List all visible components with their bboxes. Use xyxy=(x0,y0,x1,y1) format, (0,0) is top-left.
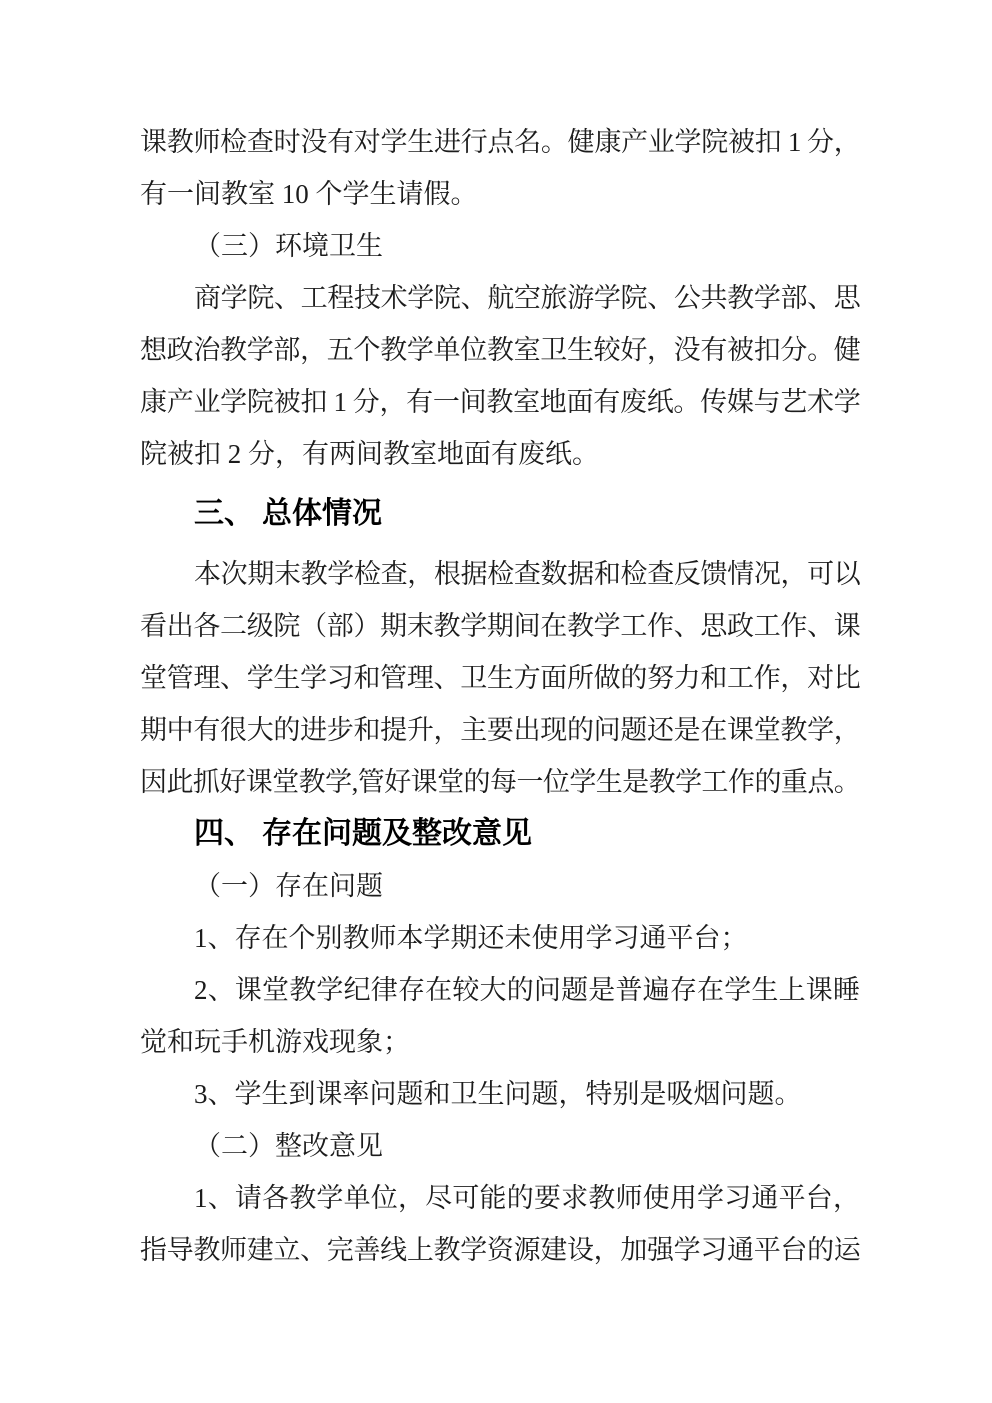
section-number: 三、 xyxy=(194,497,254,530)
paragraph: 商学院、工程技术学院、航空旅游学院、公共教学部、思 想政治教学部，五个教学单位教… xyxy=(140,272,860,480)
text-line: 2、课堂教学纪律存在较大的问题是普遍存在学生上课睡 xyxy=(140,964,860,1016)
text-line: 院被扣 2 分，有两间教室地面有废纸。 xyxy=(140,428,860,480)
text-line: 1、存在个别教师本学期还未使用学习通平台； xyxy=(140,912,860,964)
text-line: 康产业学院被扣 1 分，有一间教室地面有废纸。传媒与艺术学 xyxy=(140,376,860,428)
paragraph: 课教师检查时没有对学生进行点名。健康产业学院被扣 1 分， 有一间教室 10 个… xyxy=(140,116,860,220)
section-heading: 四、存在问题及整改意见 xyxy=(140,808,860,860)
list-item: 1、存在个别教师本学期还未使用学习通平台； xyxy=(140,912,860,964)
text-line: 看出各二级院（部）期末教学期间在教学工作、思政工作、课 xyxy=(140,600,860,652)
text-line: 堂管理、学生学习和管理、卫生方面所做的努力和工作，对比 xyxy=(140,652,860,704)
section-heading: 三、总体情况 xyxy=(140,488,860,540)
text-line: 3、学生到课率问题和卫生问题，特别是吸烟问题。 xyxy=(140,1068,860,1120)
text-line: 1、请各教学单位，尽可能的要求教师使用学习通平台， xyxy=(140,1172,860,1224)
text-line: 想政治教学部，五个教学单位教室卫生较好，没有被扣分。健 xyxy=(140,324,860,376)
section-title: 总体情况 xyxy=(262,497,382,530)
subsection-heading: （二）整改意见 xyxy=(140,1120,860,1172)
section-number: 四、 xyxy=(194,817,254,850)
list-item: 2、课堂教学纪律存在较大的问题是普遍存在学生上课睡 觉和玩手机游戏现象； xyxy=(140,964,860,1068)
text-line: 本次期末教学检查，根据检查数据和检查反馈情况，可以 xyxy=(140,548,860,600)
text-line: 有一间教室 10 个学生请假。 xyxy=(140,168,860,220)
document-content: 课教师检查时没有对学生进行点名。健康产业学院被扣 1 分， 有一间教室 10 个… xyxy=(140,116,860,1276)
list-item: 3、学生到课率问题和卫生问题，特别是吸烟问题。 xyxy=(140,1068,860,1120)
subsection-heading: （一）存在问题 xyxy=(140,860,860,912)
section-title: 存在问题及整改意见 xyxy=(262,817,532,850)
subsection-heading: （三）环境卫生 xyxy=(140,220,860,272)
paragraph: 本次期末教学检查，根据检查数据和检查反馈情况，可以 看出各二级院（部）期末教学期… xyxy=(140,548,860,808)
text-line: 期中有很大的进步和提升，主要出现的问题还是在课堂教学， xyxy=(140,704,860,756)
text-line: 因此抓好课堂教学,管好课堂的每一位学生是教学工作的重点。 xyxy=(140,756,860,808)
text-line: 商学院、工程技术学院、航空旅游学院、公共教学部、思 xyxy=(140,272,860,324)
text-line: 觉和玩手机游戏现象； xyxy=(140,1016,860,1068)
list-item: 1、请各教学单位，尽可能的要求教师使用学习通平台， 指导教师建立、完善线上教学资… xyxy=(140,1172,860,1276)
text-line: 指导教师建立、完善线上教学资源建设，加强学习通平台的运 xyxy=(140,1224,860,1276)
text-line: 课教师检查时没有对学生进行点名。健康产业学院被扣 1 分， xyxy=(140,116,860,168)
document-page: 课教师检查时没有对学生进行点名。健康产业学院被扣 1 分， 有一间教室 10 个… xyxy=(0,0,992,1403)
